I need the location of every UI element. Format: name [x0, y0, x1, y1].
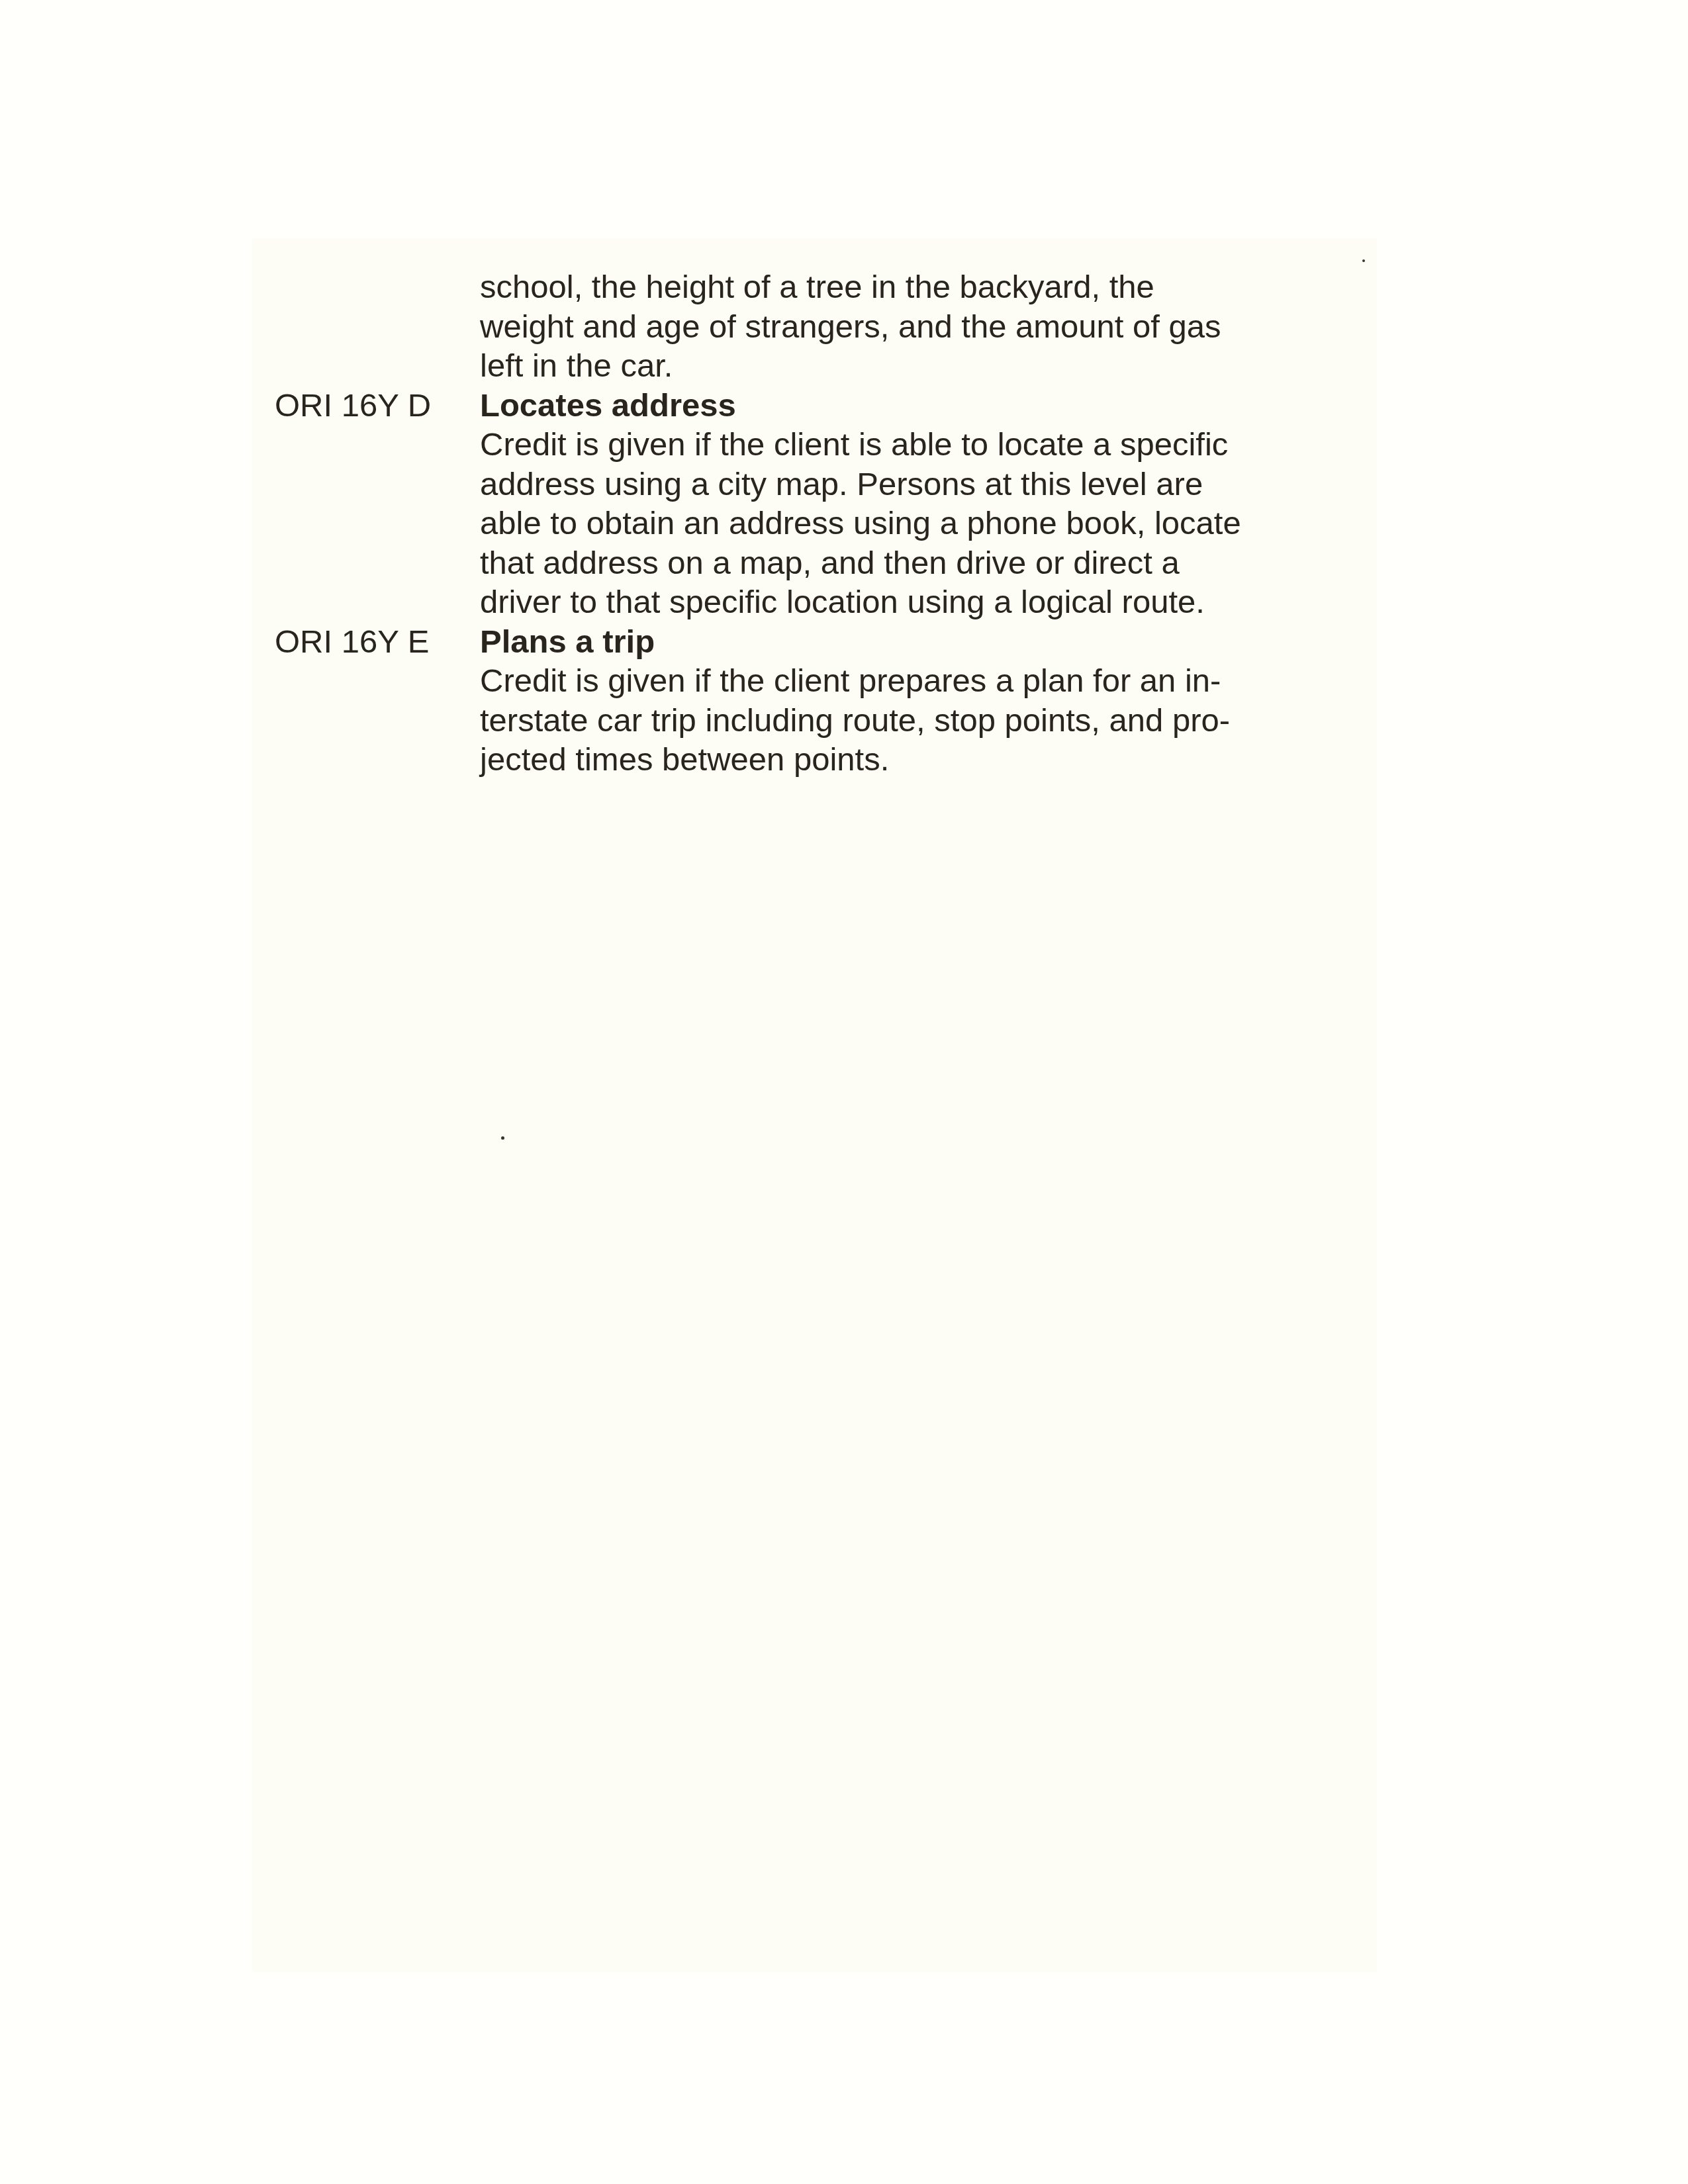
text-line: left in the car.	[480, 347, 1360, 387]
item-title: Plans a trip	[480, 623, 1360, 662]
text-line: jected times between points.	[480, 741, 1360, 780]
text-line: Credit is given if the client prepares a…	[480, 662, 1360, 702]
text-line: terstate car trip including route, stop …	[480, 702, 1360, 741]
text-line: Credit is given if the client is able to…	[480, 426, 1360, 465]
document-body: school, the height of a tree in the back…	[275, 268, 1360, 780]
item-plans-a-trip: ORI 16Y E Plans a trip Credit is given i…	[275, 623, 1360, 780]
text-line: driver to that specific location using a…	[480, 583, 1360, 623]
text-line: able to obtain an address using a phone …	[480, 504, 1360, 544]
item-title: Locates address	[480, 387, 1360, 426]
text-line: that address on a map, and then drive or…	[480, 544, 1360, 584]
text-line: address using a city map. Persons at thi…	[480, 465, 1360, 505]
text-line: school, the height of a tree in the back…	[480, 268, 1360, 308]
scan-speck	[501, 1136, 504, 1140]
item-code: ORI 16Y E	[275, 623, 480, 780]
text-line: weight and age of strangers, and the amo…	[480, 308, 1360, 347]
item-code: ORI 16Y D	[275, 387, 480, 623]
item-locates-address: ORI 16Y D Locates address Credit is give…	[275, 387, 1360, 623]
scan-speck	[1362, 259, 1365, 262]
continuation-paragraph: school, the height of a tree in the back…	[275, 268, 1360, 387]
